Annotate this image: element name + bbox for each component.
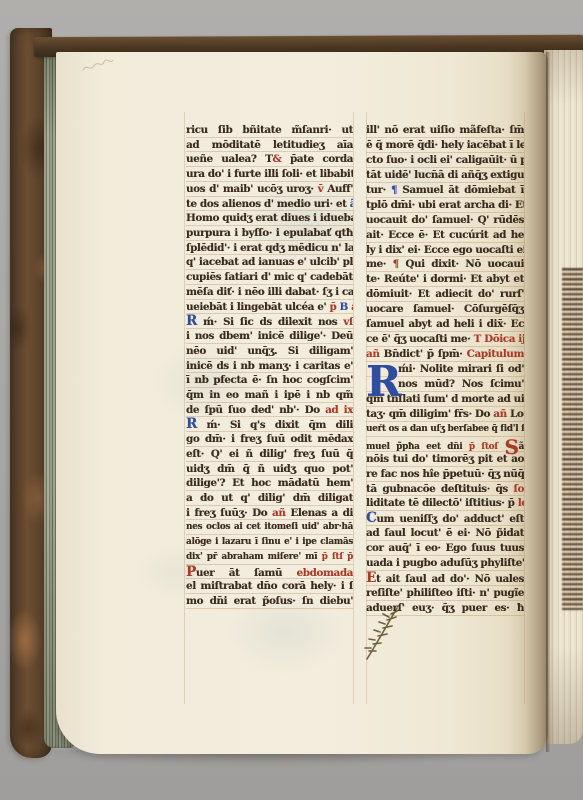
text-segment-k: Elenas a di xyxy=(290,507,353,519)
text-segment-ri: E xyxy=(366,571,376,586)
manuscript-text-line: ueŕt os a dan uſʒ berſabee q̄ fid'l ſa xyxy=(366,422,524,437)
manuscript-text-line: Homo quidʒ erat diues i iduebať xyxy=(186,211,353,226)
text-segment-k: ī nb pfecta ē· ſn hoc cogſcim' xyxy=(186,374,353,386)
text-segment-k: taʒ· qm̄ diligim' fr̄s· Do xyxy=(366,408,493,420)
page-curve-crease xyxy=(546,52,550,752)
text-segment-k: ḿ· Si q's dixit q̄m dili xyxy=(197,419,353,431)
text-segment-k: te· Reúte' i dormi· Et abyt et xyxy=(366,273,524,285)
text-segment-k: el miſtrabat dn̄o corā hely· i ſ xyxy=(186,580,353,592)
manuscript-text-line: el miſtrabat dn̄o corā hely· i ſ xyxy=(186,579,353,594)
text-segment-bi: C xyxy=(366,511,376,526)
text-segment-k: q' iacebat ad ianuas e' ulcib' ple xyxy=(186,256,353,268)
text-segment-k: q̄m in eo mañ i ipē i nb qm̃ xyxy=(186,389,353,401)
manuscript-text-line: te· Reúte' i dormi· Et abyt et xyxy=(366,272,524,287)
text-segment-k: inicē ds i nb manʒ· i caritas e' xyxy=(186,360,353,372)
text-segment-r: ad ix xyxy=(325,404,353,416)
manuscript-text-line: q' iacebat ad ianuas e' ulcib' ple xyxy=(186,255,353,270)
manuscript-text-line: inicē ds i nb manʒ· i caritas e' xyxy=(186,359,353,374)
text-segment-r: ad xyxy=(351,301,353,313)
manuscript-text-line: uocare ſamuel· Cōſurgēſq̄ʒ xyxy=(366,302,524,317)
facing-page-text-sliver xyxy=(562,268,583,610)
text-segment-k: t ait ſaul ad do'· Nō uales xyxy=(376,573,524,585)
text-segment-k: purpura i byſſo· i epulabať qtħ xyxy=(186,227,353,239)
manuscript-text-line: R ḿ· Si q's dixit q̄m dili xyxy=(186,417,353,432)
text-segment-b: B xyxy=(340,301,352,313)
manuscript-text-line: tāt uidē' lucn̄ā di añq̄ʒ extigue xyxy=(366,168,524,183)
text-segment-r: ¶ xyxy=(393,258,406,270)
manuscript-text-line: i nos dbem' inicē dilige'· Deū xyxy=(186,329,353,344)
text-segment-k: ad ſaul locut' ē ei· Nō p̃idat xyxy=(366,527,524,539)
manuscript-text-line: dilige'? Et hoc mādatū hem' xyxy=(186,476,353,491)
text-segment-k: Auff' xyxy=(327,183,353,195)
manuscript-text-line: mo dn̄i erat p̃oſus· ſn diebu' xyxy=(186,594,353,609)
text-segment-k: ſplēdid'· i erat qdʒ mēdicu n' lazar' xyxy=(186,242,353,254)
manuscript-text-line: ce ē' q̄ʒ uocaſti me· T Dōica ij xyxy=(366,332,524,347)
manuscript-text-line: tplō dm̄i· ubi erat archa di· Et xyxy=(366,198,524,213)
manuscript-text-line: ad mōditatē letitudieʒ aīa xyxy=(186,138,353,153)
manuscript-text-line: purpura i byſſo· i epulabať qtħ xyxy=(186,226,353,241)
text-segment-r: ebdomada xyxy=(297,567,353,579)
text-segment-k: uidʒ dm̄ q̄ ñ uidʒ quo pot' xyxy=(186,463,353,475)
text-segment-k: ura do' i furte illi ſoli· et libabit xyxy=(186,168,353,180)
manuscript-text-line: ura do' i furte illi ſoli· et libabit xyxy=(186,167,353,182)
text-segment-bi: R xyxy=(186,417,197,432)
text-segment-bi: R xyxy=(186,314,197,329)
text-segment-k: uada i pugbo aduſūʒ phyliſte' xyxy=(366,557,524,569)
text-segment-r: Capitulum xyxy=(467,348,524,360)
manuscript-text-line: cupiēs ſatiari d' mic q' cadebāt d' xyxy=(186,270,353,285)
manuscript-text-line: de ſpū ſuo ded' nb'· Do ad ix xyxy=(186,403,353,418)
text-segment-k: ḿi· Nolite mirari ſi od' xyxy=(398,363,524,375)
text-segment-r: T Dōica ij xyxy=(474,333,524,345)
text-segment-k: tplō dm̄i· ubi erat archa di· Et xyxy=(366,199,524,211)
manuscript-text-line: Puer āt ſamū ebdomada xyxy=(186,565,353,580)
text-segment-k: go dm̄· i freʒ ſuū odit mēdax xyxy=(186,433,353,445)
manuscript-text-line: ē q̄ morē q̄di· hely iacēbat ī le xyxy=(366,138,524,153)
text-segment-k: ce ē' q̄ʒ uocaſti me· xyxy=(366,333,474,345)
text-segment-k: ill' nō erat uiſio mãfeſta· ſm̄ xyxy=(366,124,524,136)
text-segment-k: ueŕt os a dan uſʒ berſabee q̄ fid'l ſa xyxy=(366,424,524,434)
text-segment-k: reſiſte' philiſteo iſti· n' pugĩe xyxy=(366,587,524,599)
text-segment-k: nos mūd? Nos ſcimu' xyxy=(398,378,524,390)
text-segment-r: p̄ xyxy=(329,301,339,313)
text-column-left: ricu ſib bñitate m̃ſanri· utad mōditatē … xyxy=(186,123,353,609)
text-segment-k: uocauit do' ſamuel· Q' rūdēs xyxy=(366,214,524,226)
text-segment-r: ſo xyxy=(513,483,524,495)
pencil-inscription xyxy=(80,58,116,76)
text-segment-k: ueñe ualea? T xyxy=(186,153,272,165)
manuscript-text-line: tā gubnacōe deſtituis· q̄s ſo xyxy=(366,482,524,497)
text-segment-r: lc xyxy=(518,497,524,509)
pen-flourish-sprig xyxy=(360,604,402,664)
text-segment-k: ueiebāt i lingebāt ulcéa e' xyxy=(186,301,329,313)
ruling-line-vertical xyxy=(353,112,354,704)
text-segment-r: p̄ ſtoſ xyxy=(469,442,504,452)
manuscript-text-line: R ḿ· Si ſic ds dilexit nos vſ xyxy=(186,314,353,329)
text-segment-k: ſamuel abyt ad heli i dix̄· Ec xyxy=(366,318,524,330)
text-segment-k: ait· Ecce ē· Et cucúrit ad he xyxy=(366,229,524,241)
text-segment-k: ly i dix' ei· Ecce ego uocaſti ei xyxy=(366,244,524,256)
manuscript-text-line: dix' pr̄ abraham miſere' mī p̄ ſtſ p̄ xyxy=(186,550,353,565)
manuscript-text-line: nēo uid' unq̄ʒ. Si diligam' xyxy=(186,344,353,359)
text-segment-k: eſt· Q' ei ñ dilig' freʒ ſuū q̄ xyxy=(186,448,353,460)
manuscript-text-line: nōis tui do' timorēʒ pit et ao xyxy=(366,452,524,467)
manuscript-text-line: ī nb pfecta ē· ſn hoc cogſcim' xyxy=(186,373,353,388)
text-segment-k: i nos dbem' inicē dilige'· Deū xyxy=(186,330,353,342)
text-segment-k: Homo quidʒ erat diues i iduebať xyxy=(186,212,353,224)
manuscript-text-line: Cum ueniſſʒ do' adduct' eſt xyxy=(366,511,524,526)
manuscript-text-line: ſamuel abyt ad heli i dix̄· Ec xyxy=(366,317,524,332)
text-segment-k: mo dn̄i erat p̃oſus· ſn diebu' xyxy=(186,595,353,607)
text-segment-k: te dos alienos d' medio uri· et xyxy=(186,198,350,210)
text-segment-k: p̄ate corda xyxy=(281,153,353,165)
text-segment-k: ã xyxy=(519,442,524,452)
manuscript-text-line: ricu ſib bñitate m̃ſanri· ut xyxy=(186,123,353,138)
text-segment-r: p̄ ſtſ p̄ xyxy=(322,552,353,562)
text-segment-r: añ xyxy=(493,408,510,420)
text-segment-k: um ueniſſʒ do' adduct' eſt xyxy=(376,513,524,525)
text-segment-k: me· xyxy=(366,258,393,270)
manuscript-text-line: mēſa diť· i nēo illi dabat· ſʒ i canes xyxy=(186,285,353,300)
manuscript-text-line: ueiebāt i lingebāt ulcéa e' p̄ B ad xyxy=(186,300,353,315)
drop-cap-initial-R: R xyxy=(366,360,400,406)
manuscript-text-line: nes oclos ai cet itomeſi uid' abr·hā xyxy=(186,520,353,535)
text-segment-r: vſ xyxy=(343,316,353,328)
manuscript-photo: ricu ſib bñitate m̃ſanri· utad mōditatē … xyxy=(0,0,583,800)
text-segment-k: ē q̄ morē q̄di· hely iacēbat ī le xyxy=(366,139,524,151)
text-segment-k: ḿ· Si ſic ds dilexit nos xyxy=(197,316,343,328)
manuscript-text-line: tur· ¶ Samuel āt dōmiebat ī xyxy=(366,183,524,198)
manuscript-text-line: ait· Ecce ē· Et cucúrit ad he xyxy=(366,228,524,243)
manuscript-text-line: taʒ· qm̄ diligim' fr̄s· Do añ Loq̄' xyxy=(366,407,524,422)
text-segment-k: ad mōditatē letitudieʒ aīa xyxy=(186,139,353,151)
manuscript-text-line: te dos alienos d' medio uri· et ã xyxy=(186,197,353,212)
ruling-line-vertical xyxy=(184,112,185,704)
manuscript-text-line: Et ait ſaul ad do'· Nō uales xyxy=(366,571,524,586)
text-segment-r: añ xyxy=(272,507,290,519)
manuscript-text-line: liditate tē dilectō' iſtitius· p̄ lc xyxy=(366,496,524,511)
text-segment-b: ã xyxy=(350,198,353,210)
text-segment-k: dōmiuit· Et adiecit do' rurſ' xyxy=(366,288,524,300)
manuscript-text-line: ly i dix' ei· Ecce ego uocaſti ei xyxy=(366,243,524,258)
manuscript-text-line: ad ſaul locut' ē ei· Nō p̃idat xyxy=(366,526,524,541)
manuscript-text-line: uada i pugbo aduſūʒ phyliſte' xyxy=(366,556,524,571)
manuscript-text-line: a do ut q' dilig' dm̄ diligat xyxy=(186,491,353,506)
manuscript-text-line: dōmiuit· Et adiecit do' rurſ' xyxy=(366,287,524,302)
manuscript-text-line: i freʒ ſuūʒ· Do añ Elenas a di xyxy=(186,506,353,521)
text-segment-k: Samuel āt dōmiebat ī xyxy=(402,184,524,196)
text-segment-k: Loq̄' xyxy=(510,408,524,420)
manuscript-text-line: me· ¶ Qui dixit· Nō uocaui xyxy=(366,257,524,272)
manuscript-text-line: ill' nō erat uiſio mãfeſta· ſm̄ xyxy=(366,123,524,138)
text-segment-k: Qui dixit· Nō uocaui xyxy=(405,258,524,270)
manuscript-text-line: re fac nos hîe p̄petuū· q̄ʒ nūq̄ʒ xyxy=(366,467,524,482)
text-segment-k: uer āt ſamū xyxy=(196,567,297,579)
manuscript-text-line: muel p̃pħa eet dn̄i p̄ ſtoſ Sã xyxy=(366,437,524,452)
text-segment-k: nes oclos ai cet itomeſi uid' abr·hā xyxy=(186,522,353,532)
manuscript-text-line: alōge i lazaru ī ſinu e' i ipe clamās xyxy=(186,535,353,550)
text-segment-k: uocare ſamuel· Cōſurgēſq̄ʒ xyxy=(366,303,524,315)
text-segment-k: alōge i lazaru ī ſinu e' i ipe clamās xyxy=(186,537,353,547)
text-segment-k: ricu ſib bñitate m̃ſanri· ut xyxy=(186,124,353,136)
manuscript-text-line: eſt· Q' ei ñ dilig' freʒ ſuū q̄ xyxy=(186,447,353,462)
text-segment-k: tāt uidē' lucn̄ā di añq̄ʒ extigue xyxy=(366,169,524,181)
text-segment-ri: P xyxy=(186,565,196,580)
text-segment-k: a do ut q' dilig' dm̄ diligat xyxy=(186,492,353,504)
manuscript-text-line: reſiſte' philiſteo iſti· n' pugĩe xyxy=(366,586,524,601)
text-segment-k: cto ſuo· i ocli ei' caligaūit· ū po xyxy=(366,154,524,166)
text-segment-r: v̄ xyxy=(318,183,328,195)
manuscript-text-line: q̄m in eo mañ i ipē i nb qm̃ xyxy=(186,388,353,403)
text-segment-k: liditate tē dilectō' iſtitius· p̄ xyxy=(366,497,518,509)
text-segment-k: i freʒ ſuūʒ· Do xyxy=(186,507,272,519)
text-segment-b: ¶ xyxy=(391,184,402,196)
ruling-line-vertical xyxy=(524,112,525,704)
text-segment-k: mēſa diť· i nēo illi dabat· ſʒ i canes xyxy=(186,286,353,298)
text-segment-k: muel p̃pħa eet dn̄i xyxy=(366,442,469,452)
text-segment-k: cor auq̄' ī eo· Ego ſuus tuus xyxy=(366,542,524,554)
text-segment-k: cupiēs ſatiari d' mic q' cadebāt d' xyxy=(186,271,353,283)
manuscript-text-line: cor auq̄' ī eo· Ego ſuus tuus xyxy=(366,541,524,556)
manuscript-text-line: uos d' maib' ucōʒ uroʒ· v̄ Auff' xyxy=(186,182,353,197)
manuscript-text-line: ueñe ualea? T& p̄ate corda xyxy=(186,152,353,167)
text-segment-k: nōis tui do' timorēʒ pit et ao xyxy=(366,453,524,465)
text-segment-k: dix' pr̄ abraham miſere' mī xyxy=(186,552,322,562)
text-segment-k: dilige'? Et hoc mādatū hem' xyxy=(186,477,353,489)
text-segment-k: tur· xyxy=(366,184,391,196)
manuscript-text-line: cto ſuo· i ocli ei' caligaūit· ū po xyxy=(366,153,524,168)
text-segment-k: re fac nos hîe p̄petuū· q̄ʒ nūq̄ʒ xyxy=(366,468,524,480)
text-segment-k: uos d' maib' ucōʒ uroʒ· xyxy=(186,183,318,195)
text-segment-k: nēo uid' unq̄ʒ. Si diligam' xyxy=(186,345,353,357)
text-segment-k: de ſpū ſuo ded' nb'· Do xyxy=(186,404,325,416)
manuscript-text-line: ſplēdid'· i erat qdʒ mēdicu n' lazar' xyxy=(186,241,353,256)
text-segment-k: tā gubnacōe deſtituis· q̄s xyxy=(366,483,513,495)
manuscript-text-line: uocauit do' ſamuel· Q' rūdēs xyxy=(366,213,524,228)
manuscript-text-line: go dm̄· i freʒ ſuū odit mēdax xyxy=(186,432,353,447)
manuscript-text-line: uidʒ dm̄ q̄ ñ uidʒ quo pot' xyxy=(186,462,353,477)
